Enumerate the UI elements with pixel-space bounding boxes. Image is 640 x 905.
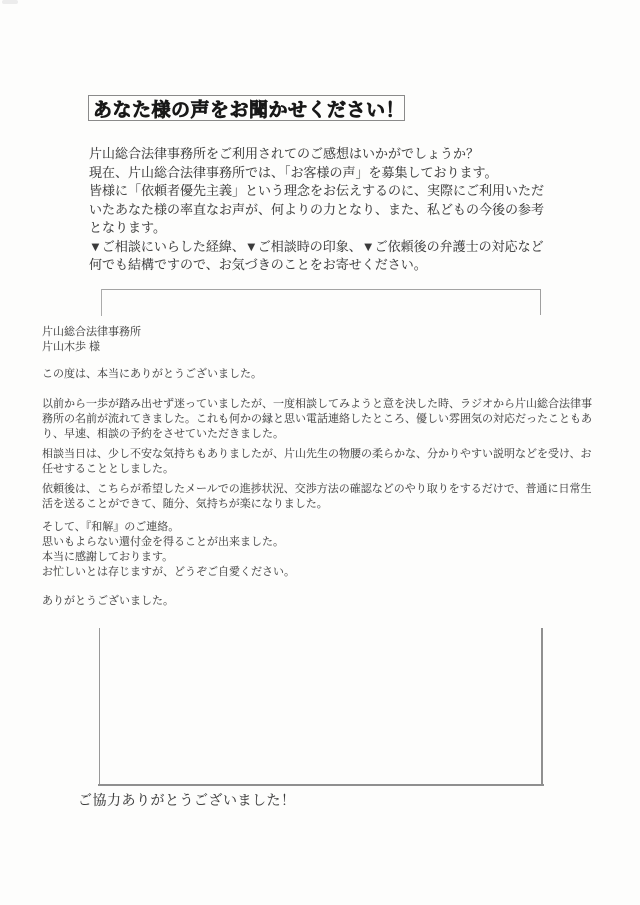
letter-line: り、早速、相談の予約をさせていただきました。 [42,427,592,442]
response-box-border-right-upper [540,289,541,315]
response-box-border-bottom [98,784,544,786]
scanned-testimonial-page: あなた様の声をお聞かせください！ 片山総合法律事務所をご利用されてのご感想はいか… [0,0,640,905]
letter-line: そして、『和解』のご連絡。 [42,520,295,535]
intro-line: 皆様に「依頼者優先主義」という理念をお伝えするのに、実際にご利用いただ [89,182,544,201]
response-box-border-right-lower [541,628,543,786]
letter-line: 本当に感謝しております。 [42,550,295,565]
intro-line: となります。 [89,219,544,238]
letter-line: 依頼後は、こちらが希望したメールでの進捗状況、交渉方法の確認などのやり取りをする… [42,482,592,497]
response-box-border-top [101,289,541,290]
page-title: あなた様の声をお聞かせください！ [93,95,405,122]
letter-line: ありがとうございました。 [42,594,174,609]
letter-line: 務所の名前が流れてきました。これも何かの縁と思い電話連絡したところ、優しい雰囲気… [42,412,592,427]
recipient-block: 片山総合法律事務所 片山木歩 様 [42,325,141,355]
letter-line: 思いもよらない還付金を得ることが出来ました。 [42,535,295,550]
intro-line: いたあなた様の率直なお声が、何よりの力となり、また、私どもの今後の参考 [89,201,544,220]
letter-line: 以前から一歩が踏み出せず迷っていましたが、一度相談してみようと意を決した時、ラジ… [42,397,592,412]
intro-line: 何でも結構ですので、お気づきのことをお寄せください。 [89,256,544,275]
letter-paragraph: そして、『和解』のご連絡。 思いもよらない還付金を得ることが出来ました。 本当に… [42,520,295,580]
letter-paragraph: 依頼後は、こちらが希望したメールでの進捗状況、交渉方法の確認などのやり取りをする… [42,482,592,512]
letter-line: 任せすることとしました。 [42,462,592,477]
response-box-border-left-upper [101,289,102,316]
letter-paragraph: 以前から一歩が踏み出せず迷っていましたが、一度相談してみようと意を決した時、ラジ… [42,397,592,442]
intro-line: 現在、片山総合法律事務所では、「お客様の声」を募集しております。 [89,164,544,183]
letter-line: 活を送ることができて、随分、気持ちが楽になりました。 [42,497,592,512]
letter-paragraph: この度は、本当にありがとうございました。 [42,367,262,382]
footer-note: ご協力ありがとうございました！ [78,790,296,810]
letter-line: お忙しいとは存じますが、どうぞご自愛ください。 [42,565,295,580]
intro-paragraph: 片山総合法律事務所をご利用されてのご感想はいかがでしょうか？ 現在、片山総合法律… [89,145,544,275]
letter-paragraph: ありがとうございました。 [42,594,174,609]
scan-smudge [2,0,18,4]
letter-line: 相談当日は、少し不安な気持ちもありましたが、片山先生の物腰の柔らかな、分かりやす… [42,447,592,462]
intro-line: ▼ご相談にいらした経緯、▼ご相談時の印象、▼ご依頼後の弁護士の対応など [89,238,544,257]
header-title-box: あなた様の声をお聞かせください！ [88,95,405,121]
intro-line: 片山総合法律事務所をご利用されてのご感想はいかがでしょうか？ [89,145,544,164]
recipient-office: 片山総合法律事務所 [42,325,141,340]
letter-paragraph: 相談当日は、少し不安な気持ちもありましたが、片山先生の物腰の柔らかな、分かりやす… [42,447,592,477]
response-box-border-left-lower [99,628,100,786]
recipient-name: 片山木歩 様 [42,340,141,355]
letter-line: この度は、本当にありがとうございました。 [42,367,262,382]
